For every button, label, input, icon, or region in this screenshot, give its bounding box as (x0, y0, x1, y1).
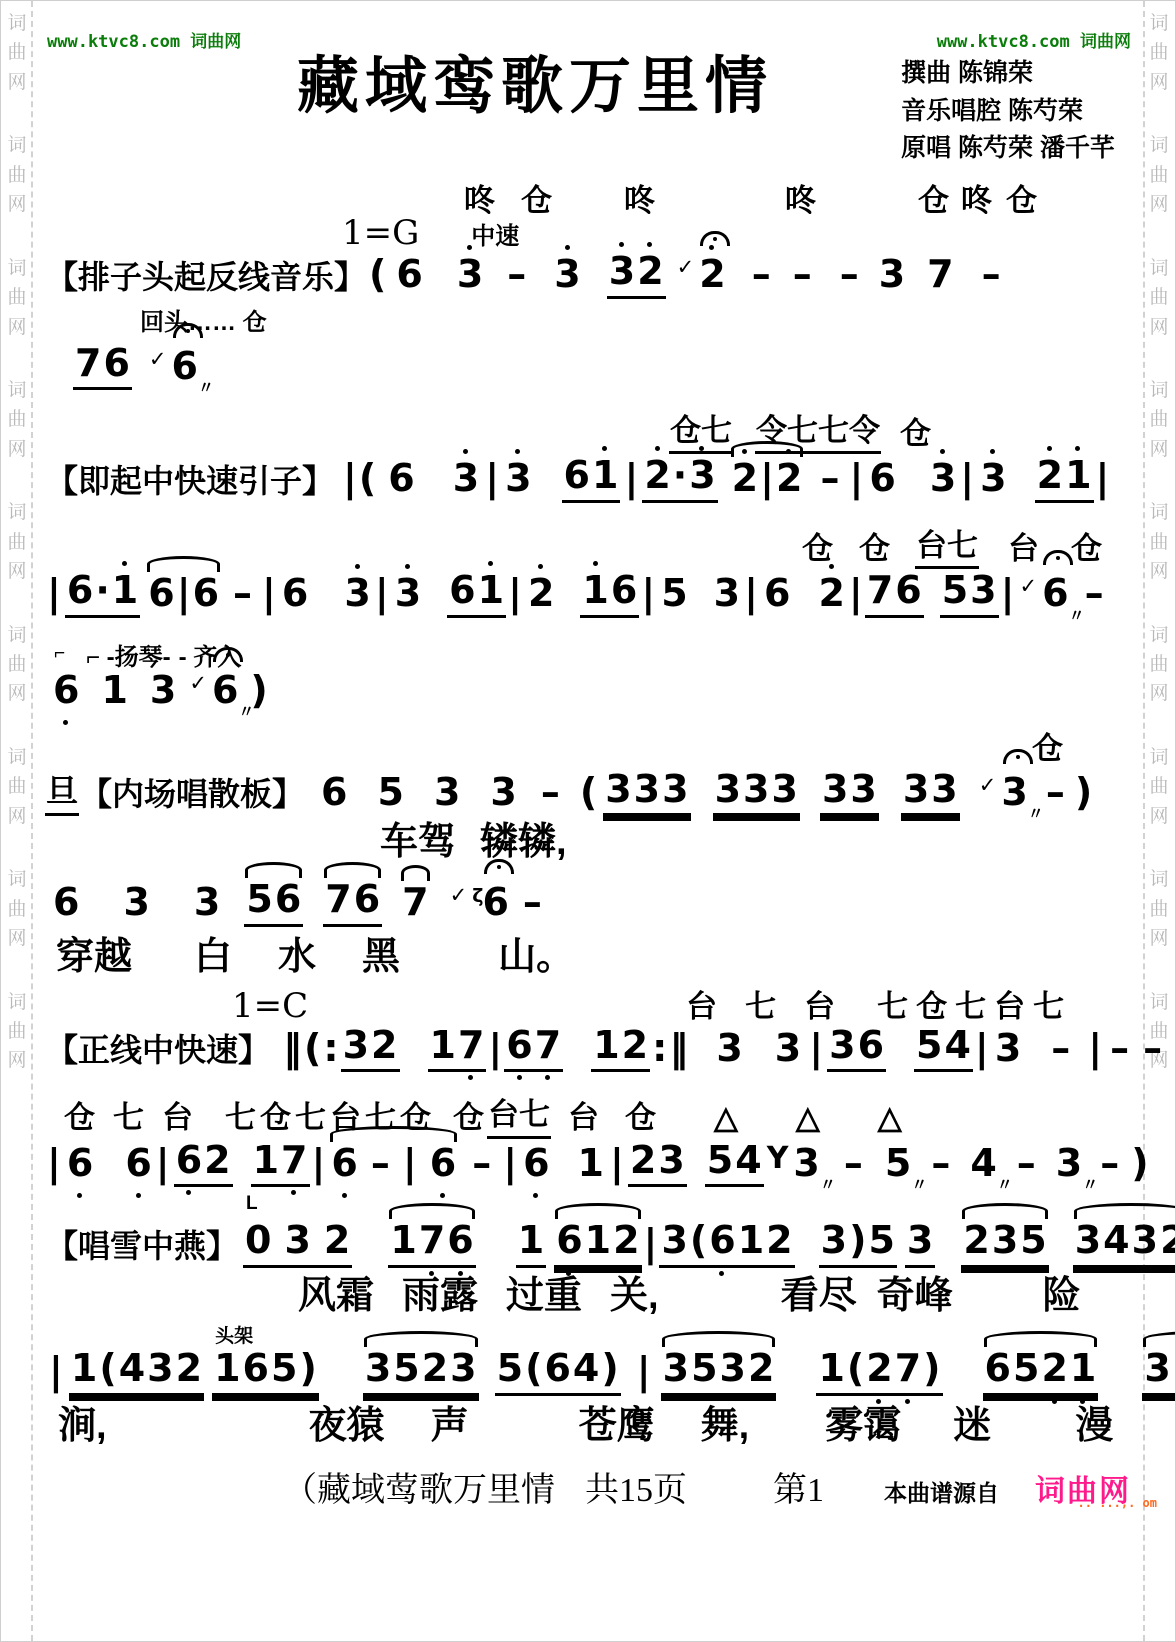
percussion-syllable: 咚 (960, 182, 993, 221)
slur-arc (245, 862, 302, 878)
note-cell: – (838, 253, 861, 299)
note-cell: 台 (993, 988, 1026, 1027)
section-label: 【排子头起反线音乐】 (45, 257, 367, 299)
percussion-syllable: 仓 (858, 530, 891, 569)
note-cell: 6 (65, 1142, 95, 1188)
note-cell: 6〃 (170, 345, 200, 391)
lyric-word: 雨露 (401, 1274, 479, 1322)
note-cell: 76 (865, 569, 924, 618)
note-cell: 76 (73, 342, 132, 391)
score-line-lyric: 穿越白水黑山。 (55, 935, 1175, 983)
score-line-notes: |1(432165)头架35235(64)|35321(27)65213235|… (47, 1347, 1175, 1396)
note-cell: 6 (867, 457, 897, 503)
note-cell: 6 (319, 771, 349, 817)
note-cell: 2·3 (642, 454, 717, 503)
credit-music: 音乐唱腔 陈芍荣 (901, 93, 1115, 131)
lyric-word: 过重 (505, 1274, 583, 1322)
section-label: 旦 (45, 771, 79, 816)
note-cell: 67 (504, 1024, 563, 1073)
note-cell: 3〃 (999, 771, 1029, 817)
note-cell: 3 (393, 572, 423, 618)
note-cell: | (973, 1027, 991, 1073)
percussion-syllable: △ (795, 1099, 821, 1138)
note-cell: | (847, 572, 865, 618)
note-cell: 54 (914, 1024, 973, 1073)
lyric-word: 迷 (952, 1404, 992, 1452)
note-cell: 1(432 (69, 1347, 204, 1396)
note-cell: 3 (773, 1027, 803, 1073)
score-line-perc: 仓七台七仓七台七仓仓台七台仓△△△ (63, 1096, 1175, 1138)
note-cell: 6 – | 6 (329, 1142, 458, 1188)
note-cell: ✓ (186, 669, 210, 715)
lyric-word: 苍鹰 (578, 1404, 656, 1452)
note-cell: 176 (388, 1219, 475, 1268)
slur-arc (1143, 1331, 1176, 1347)
note-cell: 3 (978, 457, 1008, 503)
note-cell: ‖(: (281, 1027, 341, 1073)
score-line-notes: 【即起中快速引子】|(63|361|2·32|2–|63|321| (45, 454, 1175, 503)
note-cell: 33 (901, 768, 960, 817)
note-cell: – (1049, 1027, 1072, 1073)
note-cell: :‖ (650, 1027, 690, 1073)
slur-arc (364, 1331, 478, 1347)
note-cell: – (791, 253, 814, 299)
breath-mark: ✓ (978, 773, 998, 797)
note-cell: ✓ (447, 881, 471, 927)
score-line-perc: 仓仓台七台仓 (801, 527, 1175, 569)
note-cell: – (1044, 771, 1067, 817)
note-cell: 3 (712, 572, 742, 618)
note-cell: | (486, 1027, 504, 1073)
top-annotation: ⌐ (54, 643, 65, 665)
note-cell: 3532 (661, 1347, 777, 1396)
note-cell: | (999, 572, 1017, 618)
percussion-syllable: 台 (567, 1099, 600, 1138)
note-cell: 6⌐ (51, 669, 81, 715)
note-cell: – (470, 1142, 493, 1188)
note-cell: | (45, 1142, 63, 1188)
score-line-notes: |6·16|6–|63|361|216|53|62|7653|✓6〃– (45, 569, 1175, 618)
slur-arc (330, 1126, 457, 1142)
section-label: 【唱雪中燕】 (45, 1226, 239, 1268)
note-cell: 56 (244, 878, 303, 927)
note-cell: – (505, 253, 528, 299)
note-cell: – (1098, 1142, 1121, 1188)
slur-arc (962, 1203, 1047, 1219)
partial-url: .. ...,. om (1078, 1496, 1157, 1510)
score-line-notes: 76✓6〃 (73, 342, 1175, 391)
lyric-word: 穿越 (55, 935, 133, 983)
lyric-word: 车驾 (379, 820, 457, 868)
percussion-syllable: 台七 (915, 527, 979, 569)
note-cell: 3 (877, 253, 907, 299)
note-cell: 3 (192, 881, 222, 927)
percussion-syllable: 仓 (1005, 182, 1038, 221)
percussion-syllable: △ (713, 1099, 739, 1138)
footer-total-pages: 共15页 (585, 1462, 687, 1511)
watermark-char: 词 (7, 9, 26, 38)
note-cell: 165)头架 (212, 1347, 319, 1396)
percussion-syllable: 七 (224, 1099, 257, 1138)
note-cell: 53 (940, 569, 999, 618)
percussion-syllable: △ (877, 1099, 903, 1138)
note-cell: 2 (526, 572, 556, 618)
percussion-syllable: 仓 (1070, 530, 1103, 569)
note-cell: 6 (762, 572, 792, 618)
note-cell: 61 (562, 454, 621, 503)
note-cell: 7 (400, 881, 430, 927)
note-cell: 3 (488, 771, 518, 817)
slur-arc (1074, 1203, 1176, 1219)
note-cell: – (818, 457, 841, 503)
note-cell: | (847, 457, 865, 503)
note-cell: 5〃 (883, 1142, 913, 1188)
note-cell: 6〃 (210, 669, 240, 715)
lyric-word: 夜猿 (308, 1404, 386, 1452)
note-cell: 12 (591, 1024, 650, 1073)
note-cell: – (231, 572, 254, 618)
key-signature: 1=G (341, 215, 420, 254)
sheet-music-page: { "page": {"width": 1176, "height": 1642… (0, 0, 1176, 1642)
percussion-syllable: 仓 (1031, 730, 1064, 769)
note-cell: 3235 (1142, 1347, 1176, 1396)
score-line-lyric: 风霜雨露过重关,看尽奇峰险 (297, 1274, 1175, 1322)
lyric-word: 看尽 (780, 1274, 858, 1322)
footer-source-label: 本曲谱源自 (884, 1475, 999, 1508)
note-cell: 2 (697, 253, 727, 299)
watermark-char: 词 (1149, 9, 1168, 38)
percussion-syllable: 仓 (624, 1099, 657, 1138)
slur-arc (389, 1203, 474, 1219)
note-cell: 1 (576, 1142, 606, 1188)
slur-arc (401, 865, 429, 881)
note-cell: 3 (993, 1027, 1023, 1073)
percussion-syllable: 仓 (63, 1099, 96, 1138)
credit-composer: 撰曲 陈锦荣 (901, 55, 1115, 93)
note-cell: 6·1 (65, 569, 140, 618)
note-cell: 七 (954, 988, 987, 1027)
note-cell: 61 (447, 569, 506, 618)
slur-arc (324, 862, 381, 878)
score-line-notes: 【唱雪中燕】0 3 2L1761612|3(6123)532353432 (45, 1219, 1175, 1268)
footer-title: （藏域莺歌万里情 (283, 1462, 555, 1511)
score-line-key: 1=C台七台七仓七台七 (231, 988, 1175, 1027)
section-label: 【即起中快速引子】 (45, 461, 335, 503)
note-cell: 6|6 (146, 572, 221, 618)
percussion-syllable: 七 (112, 1099, 145, 1138)
note-cell: | (47, 1350, 65, 1396)
note-cell: 76 (323, 878, 382, 927)
note-cell: 3 (552, 253, 582, 299)
key-signature: 1=C (231, 988, 309, 1027)
note-cell: | (635, 1350, 653, 1396)
percussion-syllable: 仓 (801, 530, 834, 569)
note-cell: ✓ (674, 253, 698, 299)
note-cell: 2|2 (730, 457, 805, 503)
note-cell: 3523 (363, 1347, 479, 1396)
note-cell: 3(612 (659, 1219, 794, 1268)
note-cell: ) (1129, 1142, 1150, 1188)
note-cell: 3 (121, 881, 151, 927)
note-cell: 17 (428, 1024, 487, 1073)
note-cell: 台 (803, 988, 836, 1027)
note-cell: – (521, 881, 544, 927)
score-line-lyric: 涧,夜猿声苍鹰舞,雾霭迷漫 (57, 1404, 1175, 1452)
lyric-word: 涧, (57, 1404, 108, 1452)
section-label: 【内场唱散板】 (79, 774, 305, 816)
watermark-char: 曲 (1149, 38, 1168, 67)
note-cell: 612 (554, 1219, 641, 1268)
note-cell: | (501, 1142, 519, 1188)
note-cell: 62 (174, 1139, 233, 1188)
watermark-char: 网 (7, 68, 26, 97)
note-cell: 3 (503, 457, 533, 503)
slur-arc (147, 556, 220, 572)
note-cell: 6 (386, 457, 416, 503)
lyric-word: 舞, (700, 1404, 751, 1452)
breath-mark: ✓ (148, 347, 168, 371)
note-cell: 仓 (915, 988, 948, 1027)
note-cell: 1(27) (816, 1347, 942, 1396)
note-cell: 0 3 2L (243, 1219, 352, 1268)
note-cell: ( (367, 253, 388, 299)
note-cell: – (1015, 1142, 1038, 1188)
score-line-notes: |66|6217|6 – | 6–|61|2354Y3〃–5〃–4〃–3〃–) (45, 1139, 1175, 1188)
note-cell: – (929, 1142, 952, 1188)
credit-singers: 原唱 陈芍荣 潘千芊 (901, 130, 1115, 168)
breath-mark: ✓ (449, 883, 469, 907)
score-line-notes: 63356767✓ζ6– (51, 878, 1175, 927)
note-cell: | (483, 457, 501, 503)
percussion-syllable: 咚 (463, 182, 496, 221)
section-label: 【正线中快速】 (45, 1030, 271, 1072)
note-cell: | (260, 572, 278, 618)
note-cell: 6 (394, 253, 424, 299)
note-cell: – (842, 1142, 865, 1188)
note-cell: 33 (820, 768, 879, 817)
note-cell: ) (1073, 771, 1094, 817)
note-cell: 2 (816, 572, 846, 618)
note-cell: 54 (705, 1139, 764, 1188)
note-cell: 5 (375, 771, 405, 817)
score-line-annot: 回头…… 仓 (139, 309, 1175, 340)
percussion-syllable: 七 (294, 1099, 327, 1138)
note-cell: 七 (744, 988, 777, 1027)
site-link-top-right[interactable]: www.ktvc8.com 词曲网 (937, 27, 1131, 52)
site-link-top-left[interactable]: www.ktvc8.com 词曲网 (47, 27, 241, 52)
lyric-word: 黑 (361, 935, 401, 983)
note-cell: 3432 (1073, 1219, 1176, 1268)
note-cell: 1 (99, 669, 129, 715)
slur-arc (555, 1203, 640, 1219)
note-cell: 21 (1035, 454, 1094, 503)
note-cell: ✓ (1017, 572, 1041, 618)
note-cell: – (750, 253, 773, 299)
note-cell: 3 (148, 669, 178, 715)
note-cell: 4〃 (968, 1142, 998, 1188)
note-cell: | (958, 457, 976, 503)
note-cell: ✓ (146, 345, 170, 391)
percussion-syllable: 仓 (452, 1099, 485, 1138)
note-cell: ✓ (976, 771, 1000, 817)
percussion-syllable: 咚 (784, 182, 817, 221)
note-cell: 3 (905, 1219, 935, 1268)
note-cell: 1 (516, 1219, 546, 1268)
score-line-notes: 【正线中快速】‖(:3217|6712:‖33|3654|3–|–– (45, 1024, 1175, 1073)
lyric-word: 奇峰 (876, 1274, 954, 1322)
percussion-syllable: 仓 (917, 182, 950, 221)
note-cell: Y (764, 1142, 792, 1188)
note-cell: – (1083, 572, 1106, 618)
note-cell: 6〃 (1040, 572, 1070, 618)
percussion-syllable: 仓 (259, 1099, 292, 1138)
note-cell: | (622, 457, 640, 503)
note-cell: 七 (1032, 988, 1065, 1027)
note-cell: 333 (603, 768, 690, 817)
lyric-word: 风霜 (297, 1274, 375, 1322)
note-cell: 3 (928, 457, 958, 503)
note-cell: 16 (580, 569, 639, 618)
watermark-char: 词 (7, 131, 26, 160)
percussion-syllable: 咚 (623, 182, 656, 221)
percussion-syllable: 台 (1007, 530, 1040, 569)
note-cell: 3 (455, 253, 485, 299)
note-cell: | (1094, 457, 1112, 503)
note-cell: 5 (659, 572, 689, 618)
note-cell: 7 (925, 253, 955, 299)
percussion-syllable: 台 (161, 1099, 194, 1138)
note-cell: | (310, 1142, 328, 1188)
lyric-word: 漫 (1074, 1404, 1114, 1452)
note-cell: 3 (451, 457, 481, 503)
lyric-word: 险 (1042, 1274, 1082, 1322)
lyric-word: 关, (609, 1274, 660, 1322)
note-cell: 36 (827, 1024, 886, 1073)
note-cell: 3〃 (791, 1142, 821, 1188)
score-line-notes: 6⌐13✓6〃) (51, 669, 1175, 715)
breath-mark: ✓ (188, 671, 208, 695)
note-cell: 台 (685, 988, 718, 1027)
score-body: 咚仓咚咚仓咚仓1=G中速【排子头起反线音乐】(63–332✓2–––37–回头…… (1, 182, 1175, 1452)
page-footer: （藏域莺歌万里情 共15页 第1 本曲谱源自 词曲网 .. ...,. om (283, 1462, 1175, 1511)
note-cell: | (742, 572, 760, 618)
percussion-syllable: 仓 (520, 182, 553, 221)
note-cell: | (608, 1142, 626, 1188)
lyric-word: 山。 (497, 935, 575, 983)
note-cell: 5(64) (495, 1347, 621, 1396)
note-cell: 235 (961, 1219, 1048, 1268)
note-cell: | (506, 572, 524, 618)
note-cell: – (1108, 1027, 1131, 1073)
note-cell: – (980, 253, 1003, 299)
lyric-word: 声 (430, 1404, 470, 1452)
note-cell: 17 (251, 1139, 310, 1188)
note-cell: ζ6 (470, 881, 511, 927)
note-cell: 3)5 (819, 1219, 897, 1268)
note-cell: |( (341, 457, 378, 503)
top-annotation: 头架 (215, 1321, 253, 1348)
note-cell: 23 (628, 1139, 687, 1188)
note-cell: – (1141, 1027, 1164, 1073)
pause-mark: Y (766, 1142, 790, 1177)
note-cell: | (154, 1142, 172, 1188)
note-cell: ( (578, 771, 599, 817)
score-line-notes: 【排子头起反线音乐】(63–332✓2–––37– (45, 250, 1175, 299)
note-cell: 中速 (470, 223, 520, 254)
note-cell: 3 (714, 1027, 744, 1073)
note-cell: ) (248, 669, 269, 715)
slur-arc (984, 1331, 1098, 1347)
score-line-perc: 仓 (1031, 730, 1175, 769)
note-cell: 6521 (983, 1347, 1099, 1396)
title-band: 藏域鸾歌万里情 撰曲 陈锦荣 音乐唱腔 陈芍荣 原唱 陈芍荣 潘千芊 (297, 53, 1115, 168)
slur-arc (731, 441, 804, 457)
note-cell: 3 (342, 572, 372, 618)
note-cell: 6 (123, 1142, 153, 1188)
note-cell: 32 (341, 1024, 400, 1073)
note-cell: | (642, 1222, 660, 1268)
percussion-syllable: 仓 (899, 415, 932, 454)
note-cell: 32 (607, 250, 666, 299)
note-cell: | (373, 572, 391, 618)
lyric-word: 白 (193, 935, 233, 983)
note-cell: | (639, 572, 657, 618)
page-title: 藏域鸾歌万里情 (297, 53, 773, 121)
note-cell: 3 (432, 771, 462, 817)
percussion-syllable: 台七 (487, 1096, 551, 1138)
lyric-word: 雾霭 (824, 1404, 902, 1452)
note-cell: 6 (280, 572, 310, 618)
note-cell: 七 (876, 988, 909, 1027)
watermark-char: 词 (1149, 131, 1168, 160)
breath-mark: ✓ (676, 255, 696, 279)
note-cell: | (807, 1027, 825, 1073)
credits-block: 撰曲 陈锦荣 音乐唱腔 陈芍荣 原唱 陈芍荣 潘千芊 (901, 53, 1115, 168)
note-cell: 333 (713, 768, 800, 817)
footer-page-number: 第1 (773, 1462, 824, 1511)
slur-arc (662, 1331, 776, 1347)
breath-mark: ✓ (1019, 574, 1039, 598)
top-annotation: L (246, 1193, 258, 1215)
note-cell: | (1086, 1027, 1104, 1073)
lyric-word: 水 (277, 935, 317, 983)
note-cell: – (539, 771, 562, 817)
note-cell: 3〃 (1054, 1142, 1084, 1188)
annotation-text: 回头…… 仓 (139, 309, 268, 340)
score-line-notes: 旦【内场唱散板】6533–(3333333333✓3〃–) (45, 768, 1175, 817)
note-cell: 6 (51, 881, 81, 927)
note-cell: 6 (521, 1142, 551, 1188)
watermark-char: 网 (1149, 68, 1168, 97)
note-cell: | (45, 572, 63, 618)
watermark-char: 曲 (7, 38, 26, 67)
